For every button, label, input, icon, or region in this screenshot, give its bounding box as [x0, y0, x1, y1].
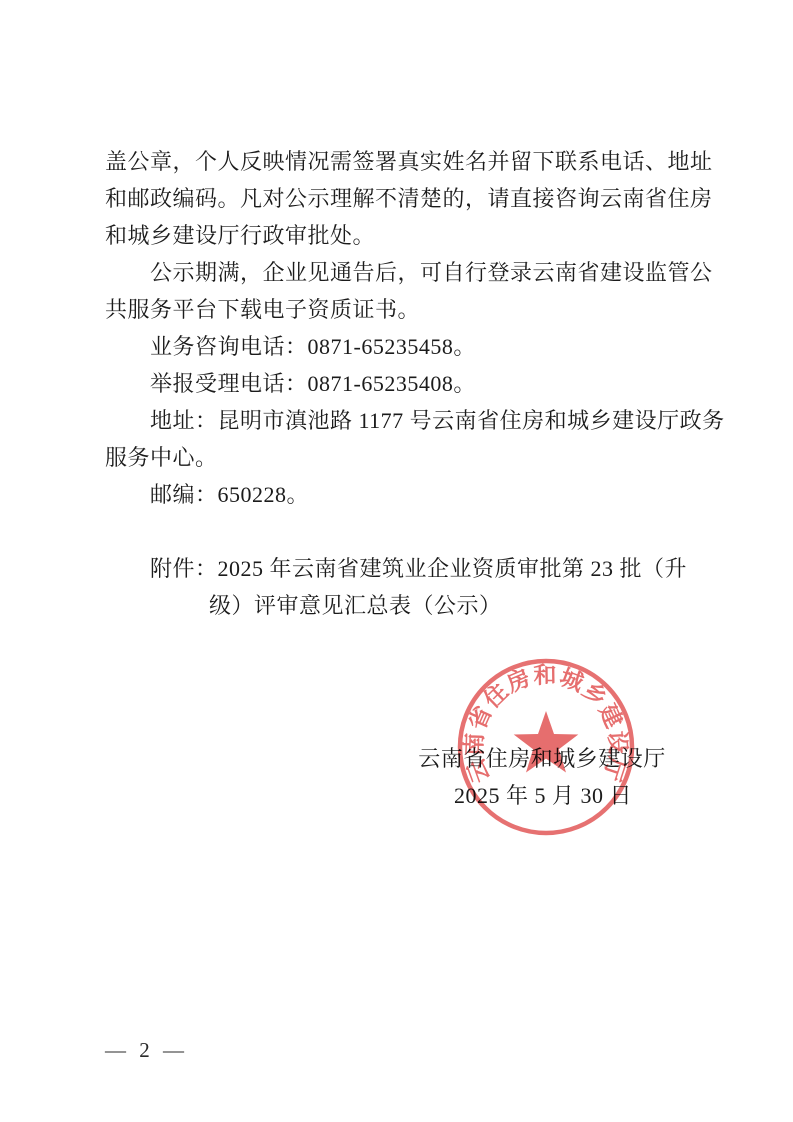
seal-star-icon: [514, 711, 579, 773]
body-line: 和城乡建设厅行政审批处。: [105, 217, 705, 254]
body-line: 和邮政编码。凡对公示理解不清楚的，请直接咨询云南省住房: [105, 180, 705, 217]
page-number: — 2 —: [105, 1036, 188, 1064]
attachment-line-continued: 级）评审意见汇总表（公示）: [105, 587, 705, 624]
phone-report-line: 举报受理电话：0871-65235408。: [105, 365, 705, 402]
phone-consult-line: 业务咨询电话：0871-65235458。: [105, 328, 705, 365]
body-line: 共服务平台下载电子资质证书。: [105, 291, 705, 328]
official-seal-stamp: 云南省住房和城乡建设厅: [454, 655, 638, 839]
document-page: 盖公章，个人反映情况需签署真实姓名并留下联系电话、地址 和邮政编码。凡对公示理解…: [0, 0, 793, 1122]
address-line-continued: 服务中心。: [105, 439, 705, 476]
attachment-line: 附件：2025 年云南省建筑业企业资质审批第 23 批（升: [105, 550, 705, 587]
body-line: 盖公章，个人反映情况需签署真实姓名并留下联系电话、地址: [105, 143, 705, 180]
body-line: 公示期满，企业见通告后，可自行登录云南省建设监管公: [105, 254, 705, 291]
blank-line: [105, 513, 705, 550]
address-line: 地址：昆明市滇池路 1177 号云南省住房和城乡建设厅政务: [105, 402, 705, 439]
body-text: 盖公章，个人反映情况需签署真实姓名并留下联系电话、地址 和邮政编码。凡对公示理解…: [105, 143, 705, 624]
postal-code-line: 邮编：650228。: [105, 476, 705, 513]
